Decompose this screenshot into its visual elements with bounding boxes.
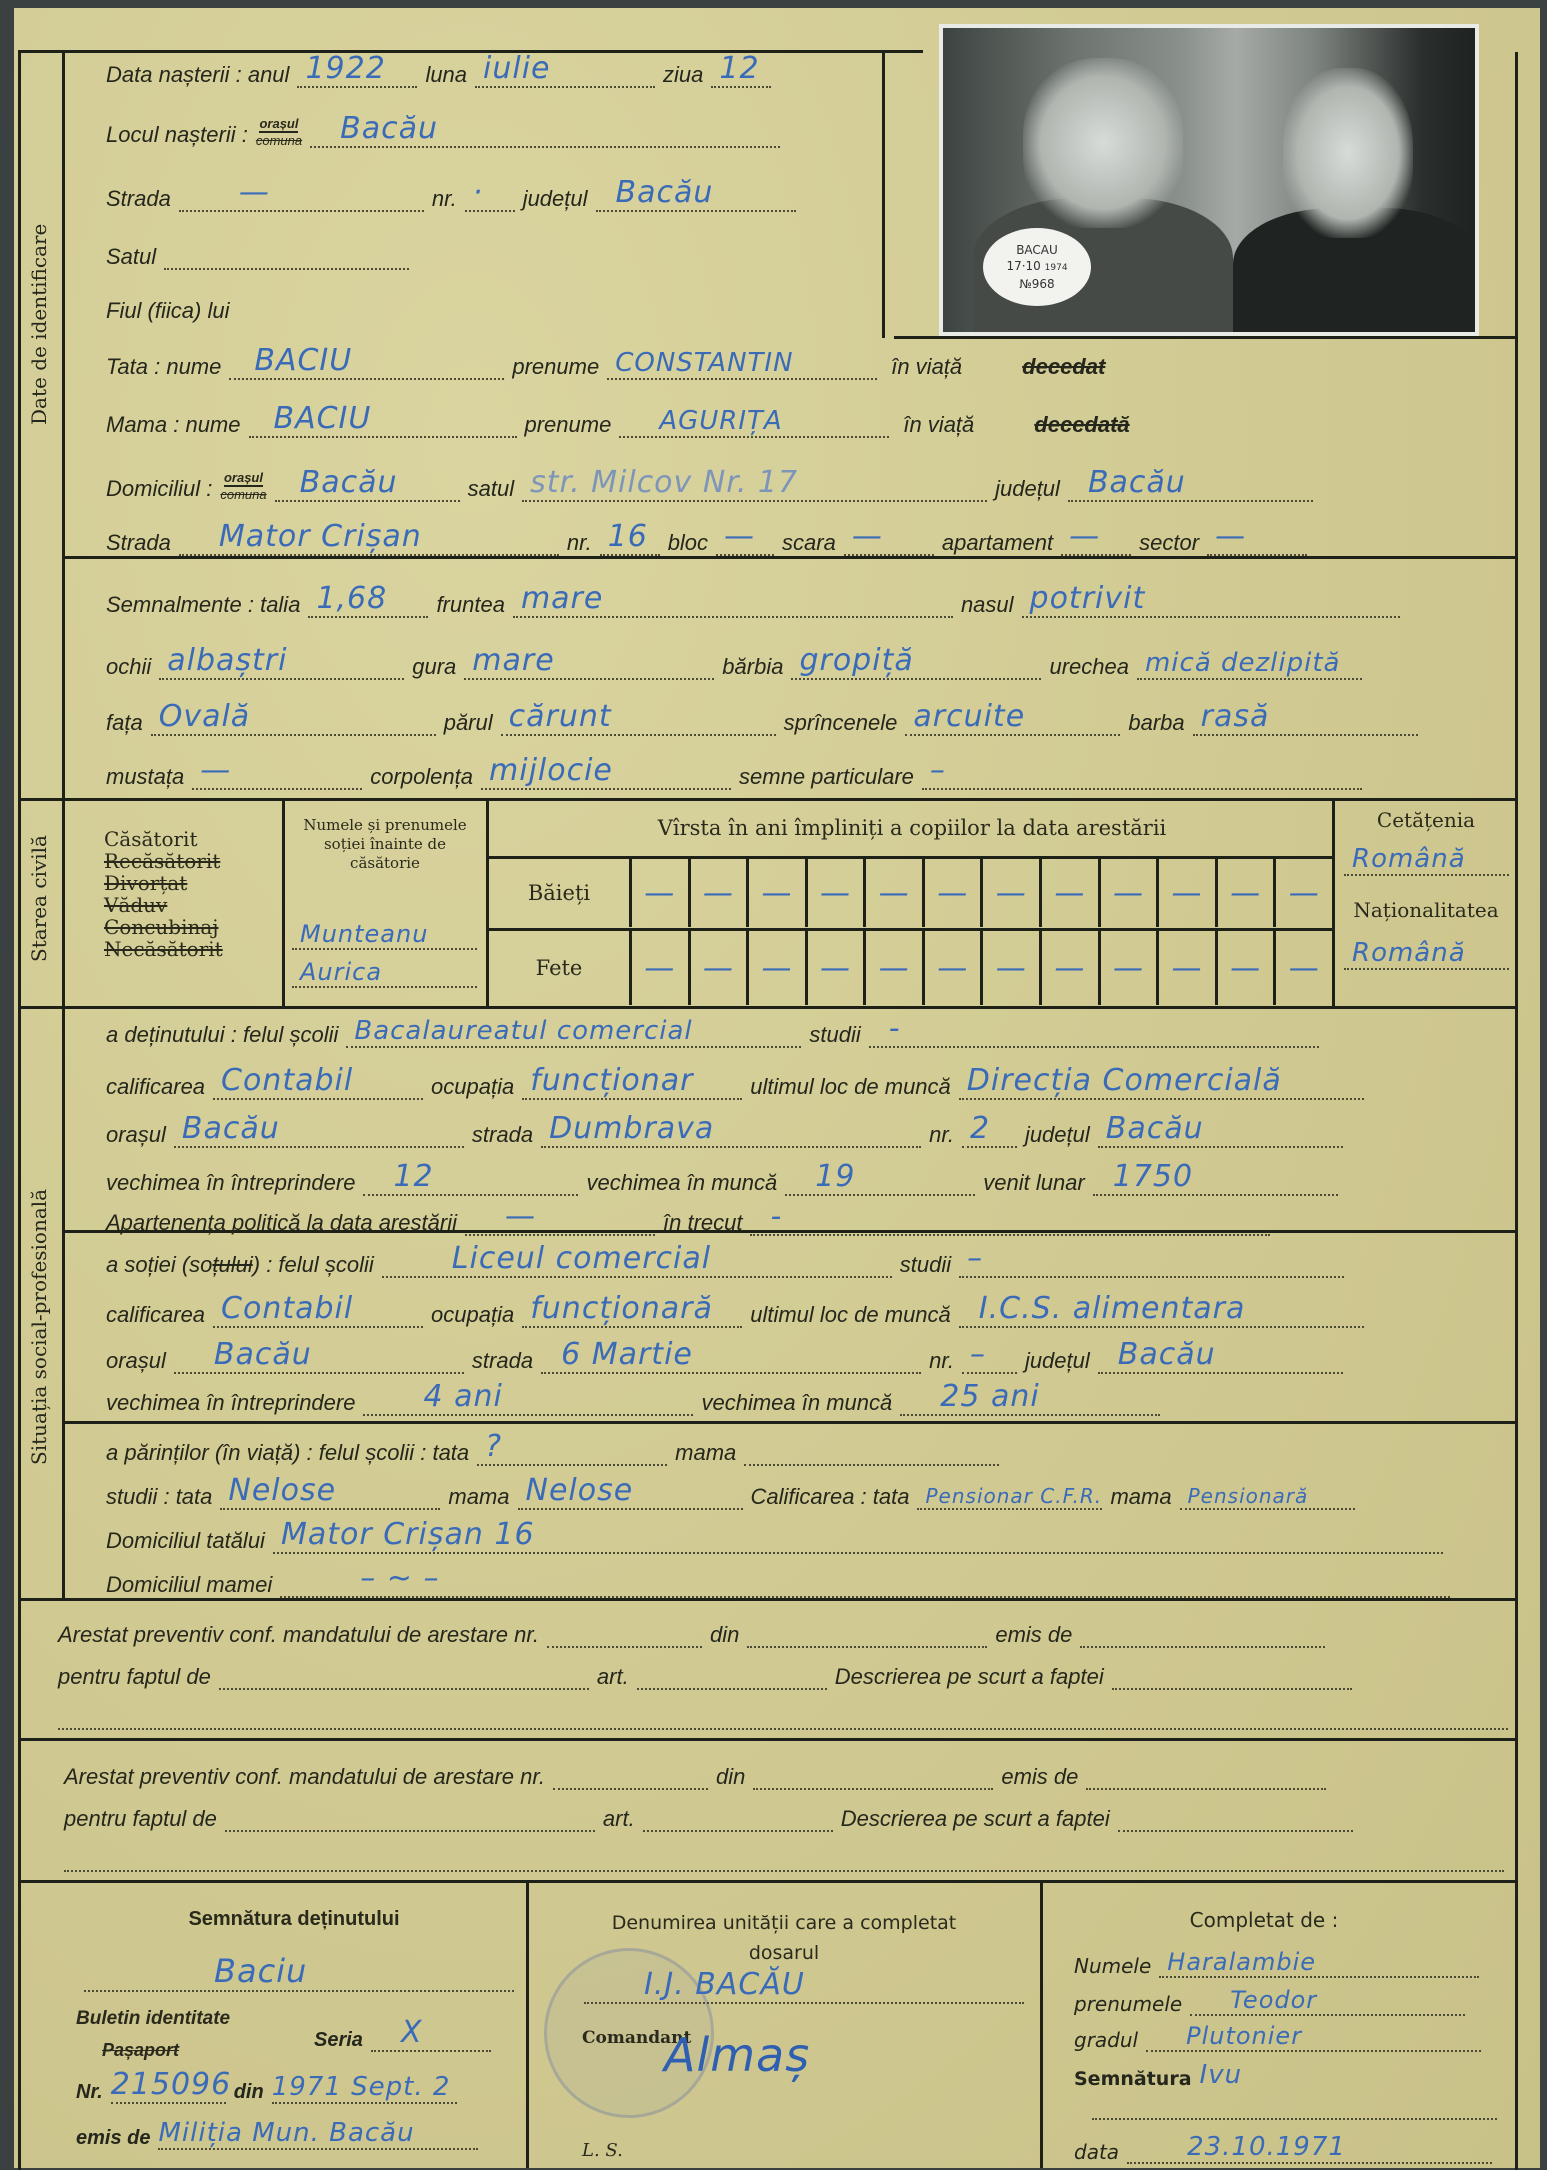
spouse-county-field[interactable]: Bacău xyxy=(1098,1344,1343,1374)
birth-place-field[interactable]: Bacău xyxy=(310,118,780,148)
passport-label-struck: Pașaport xyxy=(102,2040,179,2061)
divider xyxy=(18,798,1518,801)
description-row-3: fața Ovală părul cărunt sprîncenele arcu… xyxy=(106,706,1418,736)
divider xyxy=(62,556,1518,559)
spouse-qualification-field[interactable]: Contabil xyxy=(213,1298,423,1328)
completer-signature-line[interactable] xyxy=(1092,2090,1497,2120)
id-date-field[interactable]: 1971 Sept. 2 xyxy=(272,2074,457,2104)
completer-signature: Ivu xyxy=(1200,2060,1243,2090)
face-field[interactable]: Ovală xyxy=(151,706,436,736)
detainee-nr-field[interactable]: 2 xyxy=(962,1118,1017,1148)
divider xyxy=(894,336,1518,339)
political-past-field[interactable]: - xyxy=(750,1206,1270,1236)
girls-age-cell[interactable]: — xyxy=(863,931,922,1005)
divider xyxy=(62,1421,1518,1424)
description-row-2: ochii albaștri gura mare bărbia gropiță … xyxy=(106,650,1362,680)
arrest-2-issuer-field[interactable] xyxy=(1086,1760,1326,1790)
divider xyxy=(18,1738,1518,1741)
arrest-1-warrant-row: Arestat preventiv conf. mandatului de ar… xyxy=(58,1618,1325,1648)
arrest-1-description-field[interactable] xyxy=(1112,1660,1352,1690)
arrest-1-article-field[interactable] xyxy=(637,1660,827,1690)
domicile-street-field[interactable]: Mator Crișan xyxy=(179,526,559,556)
spouse-last-job-field[interactable]: I.C.S. alimentara xyxy=(959,1298,1364,1328)
father-school-field[interactable]: ? xyxy=(477,1436,667,1466)
father-domicile-row: Domiciliul tatălui Mator Crișan 16 xyxy=(106,1524,1443,1554)
mother-domicile-field[interactable]: – ~ – xyxy=(280,1568,1450,1598)
detainee-tenure-company-field[interactable]: 12 xyxy=(363,1166,578,1196)
completion-date-row: data 23.10.1971 xyxy=(1074,2134,1492,2164)
spouse-school-row: a soției (soțului) : felul școlii Liceul… xyxy=(106,1248,1344,1278)
spouse-nr-field[interactable]: – xyxy=(962,1344,1017,1374)
children-ages-header: Vîrsta în ani împliniți a copiilor la da… xyxy=(494,816,1330,840)
arrest-1-warrant-nr-field[interactable] xyxy=(547,1618,702,1648)
mouth-field[interactable]: mare xyxy=(464,650,714,680)
id-issuer-field[interactable]: Miliția Mun. Bacău xyxy=(158,2120,478,2150)
detainee-income-field[interactable]: 1750 xyxy=(1093,1166,1338,1196)
completer-rank-row: gradul Plutonier xyxy=(1074,2022,1481,2052)
detainee-school-row: a deținutului : felul școlii Bacalaureat… xyxy=(106,1018,1319,1048)
arrest-2-date-field[interactable] xyxy=(753,1760,993,1790)
boys-age-cell[interactable]: — xyxy=(1098,859,1157,927)
detainee-qualification-field[interactable]: Contabil xyxy=(213,1070,423,1100)
completer-signature-row: Semnătura Ivu xyxy=(1074,2060,1242,2090)
build-field[interactable]: mijlocie xyxy=(481,760,731,790)
father-surname-field[interactable]: BACIU xyxy=(229,350,504,380)
arrest-2-offense-field[interactable] xyxy=(225,1802,595,1832)
girls-age-cell[interactable]: — xyxy=(1215,931,1274,1005)
mother-qualification-field[interactable]: Pensionară xyxy=(1180,1480,1355,1510)
birth-street-row: Strada — nr. · județul Bacău xyxy=(106,182,796,212)
id-card-label: Buletin identitate xyxy=(76,2008,230,2030)
girls-age-cell[interactable]: — xyxy=(1039,931,1098,1005)
mustache-field[interactable]: — xyxy=(192,760,362,790)
domicile-type-fraction: orașul comuna xyxy=(220,470,266,502)
boys-ages-grid: — — — — — — — — — — — — xyxy=(629,859,1332,927)
status-married[interactable]: Căsătorit xyxy=(104,828,223,850)
arrest-1-offense-row: pentru faptul de art. Descrierea pe scur… xyxy=(58,1660,1352,1690)
side-label-identification: Date de identificare xyxy=(27,195,51,425)
birth-street-field[interactable]: — xyxy=(179,182,424,212)
place-type-fraction: orașul comuna xyxy=(256,116,302,148)
detainee-county-field[interactable]: Bacău xyxy=(1098,1118,1343,1148)
detainee-studies-field[interactable]: - xyxy=(869,1018,1319,1048)
spouse-address-row: orașul Bacău strada 6 Martie nr. – județ… xyxy=(106,1344,1343,1374)
photo-stamp: BACAU 17·10 1974 №968 xyxy=(983,228,1091,306)
parents-school-row: a părinților (în viață) : felul școlii :… xyxy=(106,1436,999,1466)
spouse-street-field[interactable]: 6 Martie xyxy=(541,1344,921,1374)
marks-field[interactable]: – xyxy=(922,760,1362,790)
completer-firstname-field[interactable]: Teodor xyxy=(1190,1986,1465,2016)
id-number-row: Nr. 215096 din 1971 Sept. 2 xyxy=(76,2074,457,2104)
domicile-stair-field[interactable]: — xyxy=(844,526,934,556)
girls-age-cell[interactable]: — xyxy=(805,931,864,1005)
boys-age-cell[interactable]: — xyxy=(1156,859,1215,927)
mother-surname-field[interactable]: BACIU xyxy=(249,408,517,438)
boys-age-cell[interactable]: — xyxy=(922,859,981,927)
completed-by-label: Completat de : xyxy=(1114,1908,1414,1932)
domicile-row: Domiciliul : orașul comuna Bacău satul s… xyxy=(106,470,1313,502)
detainee-signature-field[interactable]: Baciu xyxy=(84,1952,514,1992)
birth-year-field[interactable]: 1922 xyxy=(297,58,417,88)
arrest-2-description-field[interactable] xyxy=(1118,1802,1353,1832)
mother-school-field[interactable] xyxy=(744,1436,999,1466)
girls-age-cell[interactable]: — xyxy=(1273,931,1332,1005)
frontal-face xyxy=(1283,68,1413,238)
domicile-block-field[interactable]: — xyxy=(716,526,774,556)
ear-field[interactable]: mică dezlipită xyxy=(1137,650,1362,680)
id-series-field[interactable]: X xyxy=(371,2022,491,2052)
footer-rule xyxy=(526,1880,529,2168)
girls-ages-grid: — — — — — — — — — — — — xyxy=(629,931,1332,1005)
unit-label: Denumirea unității care a completat dosa… xyxy=(574,1908,994,1968)
political-row: Apartenența politică la data arestării —… xyxy=(106,1206,1270,1236)
domicile-city-field[interactable]: Bacău xyxy=(275,472,460,502)
boys-age-cell[interactable]: — xyxy=(746,859,805,927)
chin-field[interactable]: gropiță xyxy=(791,650,1041,680)
birth-date-label: Data nașterii : anul xyxy=(106,62,289,88)
side-label-social: Situația social-profesională xyxy=(27,1155,51,1465)
boys-age-cell[interactable]: — xyxy=(629,859,688,927)
mother-domicile-row: Domiciliul mamei – ~ – xyxy=(106,1568,1450,1598)
detainee-city-field[interactable]: Bacău xyxy=(174,1118,464,1148)
parents-studies-row: studii : tata Nelose mama Nelose Calific… xyxy=(106,1480,1355,1510)
mugshot-photo: BACAU 17·10 1974 №968 xyxy=(939,24,1479,336)
spouse-maiden-name-header: Numele și prenumele soției înainte de că… xyxy=(288,816,482,873)
spouse-qualification-row: calificarea Contabil ocupația funcționar… xyxy=(106,1298,1364,1328)
detainee-occupation-field[interactable]: funcționar xyxy=(522,1070,742,1100)
civil-status-options: Căsătorit Recăsătorit Divorțat Văduv Con… xyxy=(104,828,223,960)
boys-age-cell[interactable]: — xyxy=(1273,859,1332,927)
child-of-row: Fiul (fiica) lui xyxy=(106,298,229,324)
citizenship-label: Cetățenia xyxy=(1336,808,1516,832)
eyebrows-field[interactable]: arcuite xyxy=(905,706,1120,736)
boys-age-cell[interactable]: — xyxy=(1039,859,1098,927)
spouse-tenure-company-field[interactable]: 4 ani xyxy=(363,1386,693,1416)
girls-age-cell[interactable]: — xyxy=(688,931,747,1005)
arrest-1-description-line[interactable] xyxy=(58,1700,1508,1730)
boys-age-cell[interactable]: — xyxy=(863,859,922,927)
detainee-address-row: orașul Bacău strada Dumbrava nr. 2 județ… xyxy=(106,1118,1343,1148)
detainee-street-field[interactable]: Dumbrava xyxy=(541,1118,921,1148)
mother-deceased-struck: decedată xyxy=(1034,412,1129,438)
divider xyxy=(18,1880,1518,1883)
profile-face xyxy=(1023,58,1183,228)
mother-firstname-field[interactable]: AGURIȚA xyxy=(619,408,889,438)
birth-county-field[interactable]: Bacău xyxy=(596,182,796,212)
father-deceased-struck: decedat xyxy=(1022,354,1105,380)
forehead-field[interactable]: mare xyxy=(513,588,953,618)
domicile-street-row: Strada Mator Crișan nr. 16 bloc — scara … xyxy=(106,526,1307,556)
birth-day-field[interactable]: 12 xyxy=(711,58,771,88)
boys-age-cell[interactable]: — xyxy=(1215,859,1274,927)
eyes-field[interactable]: albaștri xyxy=(159,650,404,680)
father-studies-field[interactable]: Nelose xyxy=(220,1480,440,1510)
completer-name-field[interactable]: Haralambie xyxy=(1159,1948,1479,1978)
domicile-sector-field[interactable]: — xyxy=(1207,526,1307,556)
father-domicile-field[interactable]: Mator Crișan 16 xyxy=(273,1524,1443,1554)
arrest-2-warrant-nr-field[interactable] xyxy=(553,1760,708,1790)
spouse-maiden-firstname-field[interactable]: Aurica xyxy=(292,958,477,988)
village-field[interactable] xyxy=(164,240,409,270)
girls-age-cell[interactable]: — xyxy=(980,931,1039,1005)
detainee-tenure-work-field[interactable]: 19 xyxy=(785,1166,975,1196)
status-widowed[interactable]: Văduv xyxy=(104,894,223,916)
spouse-maiden-surname-field[interactable]: Munteanu xyxy=(292,920,477,950)
status-cohabiting[interactable]: Concubinaj xyxy=(104,916,223,938)
status-divorced[interactable]: Divorțat xyxy=(104,872,223,894)
girls-age-cell[interactable]: — xyxy=(1156,931,1215,1005)
seal-label: L. S. xyxy=(582,2140,623,2161)
girls-age-cell[interactable]: — xyxy=(922,931,981,1005)
girls-age-cell[interactable]: — xyxy=(746,931,805,1005)
girls-age-cell[interactable]: — xyxy=(629,931,688,1005)
side-label-civil: Starea civilă xyxy=(27,842,51,962)
status-unmarried[interactable]: Necăsătorit xyxy=(104,938,223,960)
divider xyxy=(18,50,923,53)
boys-age-cell[interactable]: — xyxy=(805,859,864,927)
domicile-nr-field[interactable]: 16 xyxy=(600,526,660,556)
arrest-2-article-field[interactable] xyxy=(643,1802,833,1832)
boys-age-cell[interactable]: — xyxy=(980,859,1039,927)
political-field[interactable]: — xyxy=(465,1206,655,1236)
arrest-1-issuer-field[interactable] xyxy=(1080,1618,1325,1648)
domicile-apartment-field[interactable]: — xyxy=(1061,526,1131,556)
domicile-county-field[interactable]: Bacău xyxy=(1068,472,1313,502)
side-column-rule xyxy=(62,52,65,1598)
detainee-last-job-field[interactable]: Direcția Comercială xyxy=(959,1070,1364,1100)
boys-age-cell[interactable]: — xyxy=(688,859,747,927)
spouse-tenure-row: vechimea în întreprindere 4 ani vechimea… xyxy=(106,1386,1160,1416)
nationality-label: Naționalitatea xyxy=(1336,898,1516,922)
detainee-tenure-row: vechimea în întreprindere 12 vechimea în… xyxy=(106,1166,1338,1196)
domicile-village-field[interactable]: str. Milcov Nr. 17 xyxy=(522,472,987,502)
detainee-qualification-row: calificarea Contabil ocupația funcționar… xyxy=(106,1070,1364,1100)
id-issuer-row: emis de Miliția Mun. Bacău xyxy=(76,2120,478,2150)
height-field[interactable]: 1,68 xyxy=(308,588,428,618)
id-series-row: Seria X xyxy=(314,2022,491,2052)
photo-column-rule xyxy=(882,52,885,338)
father-row: Tata : nume BACIU prenume CONSTANTIN în … xyxy=(106,350,1105,380)
arrest-2-description-line[interactable] xyxy=(64,1842,1504,1872)
spouse-studies-field[interactable]: – xyxy=(959,1248,1344,1278)
hair-field[interactable]: cărunt xyxy=(501,706,776,736)
girls-label: Fete xyxy=(489,931,629,1005)
citizenship-field[interactable]: Română xyxy=(1344,846,1509,876)
id-number-field[interactable]: 215096 xyxy=(111,2074,226,2104)
nose-field[interactable]: potrivit xyxy=(1022,588,1400,618)
arrest-1-date-field[interactable] xyxy=(747,1618,987,1648)
spouse-tenure-work-field[interactable]: 25 ani xyxy=(900,1386,1160,1416)
completer-rank-field[interactable]: Plutonier xyxy=(1146,2022,1481,2052)
arrest-1-offense-field[interactable] xyxy=(219,1660,589,1690)
divider xyxy=(18,1006,1518,1009)
detainee-signature-label: Semnătura deținutului xyxy=(74,1908,514,1931)
footer-rule xyxy=(1040,1880,1043,2168)
mother-studies-field[interactable]: Nelose xyxy=(518,1480,743,1510)
beard-field[interactable]: rasă xyxy=(1193,706,1418,736)
birth-place-row: Locul nașterii : orașul comuna Bacău xyxy=(106,116,780,148)
detainee-school-field[interactable]: Bacalaureatul comercial xyxy=(346,1018,801,1048)
detainee-record-form: Date de identificare Starea civilă Situa… xyxy=(14,8,1540,2168)
father-qualification-field[interactable]: Pensionar C.F.R. xyxy=(917,1480,1102,1510)
divider xyxy=(18,1598,1518,1601)
description-row-1: Semnalmente : talia 1,68 fruntea mare na… xyxy=(106,588,1400,618)
description-row-4: mustața — corpolența mijlocie semne part… xyxy=(106,760,1362,790)
completer-firstname-row: prenumele Teodor xyxy=(1074,1986,1465,2016)
birth-month-field[interactable]: iulie xyxy=(475,58,655,88)
unit-field[interactable]: I.J. BACĂU xyxy=(584,1974,1024,2004)
birth-date-row: Data nașterii : anul 1922 luna iulie ziu… xyxy=(106,58,771,88)
status-remarried[interactable]: Recăsătorit xyxy=(104,850,223,872)
completion-date-field[interactable]: 23.10.1971 xyxy=(1127,2134,1492,2164)
completer-name-row: Numele Haralambie xyxy=(1074,1948,1479,1978)
spouse-school-field[interactable]: Liceul comercial xyxy=(382,1248,892,1278)
mother-row: Mama : nume BACIU prenume AGURIȚA în via… xyxy=(106,408,1130,438)
nationality-field[interactable]: Română xyxy=(1344,940,1509,970)
arrest-2-offense-row: pentru faptul de art. Descrierea pe scur… xyxy=(64,1802,1353,1832)
father-firstname-field[interactable]: CONSTANTIN xyxy=(607,350,877,380)
commander-signature: Almaș xyxy=(664,2028,810,2082)
birth-nr-field[interactable]: · xyxy=(465,182,515,212)
spouse-occupation-field[interactable]: funcționară xyxy=(522,1298,742,1328)
arrest-2-warrant-row: Arestat preventiv conf. mandatului de ar… xyxy=(64,1760,1326,1790)
girls-age-cell[interactable]: — xyxy=(1098,931,1157,1005)
village-row: Satul xyxy=(106,240,409,270)
boys-label: Băieți xyxy=(489,859,629,927)
spouse-city-field[interactable]: Bacău xyxy=(174,1344,464,1374)
